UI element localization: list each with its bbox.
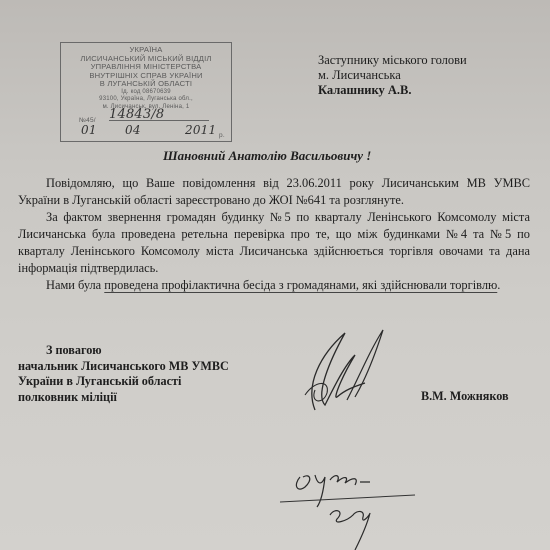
paragraph-1: Повідомляю, що Ваше повідомлення від 23.… bbox=[18, 175, 530, 209]
paragraph-2: За фактом звернення громадян будинку №5 … bbox=[18, 209, 530, 277]
stamp-number-handwritten: 14843/8 bbox=[109, 111, 209, 121]
stamp-date-year: 2011 bbox=[185, 126, 216, 135]
closing-position: начальник Лисичанського МВ УМВС bbox=[18, 359, 229, 375]
paragraph-3-start: Нами була bbox=[46, 278, 104, 292]
paragraph-3-underlined: проведена профілактична бесіда з громадя… bbox=[104, 278, 497, 292]
stamp-address1: 93100, Україна, Луганська обл., bbox=[61, 96, 231, 104]
paragraph-3-end: . bbox=[497, 278, 500, 292]
closing-block: З повагою начальник Лисичанського МВ УМВ… bbox=[18, 343, 229, 405]
addressee-position: Заступнику міського голови bbox=[318, 53, 467, 68]
letter-body: Повідомляю, що Ваше повідомлення від 23.… bbox=[18, 175, 530, 294]
resolution-handwriting-icon bbox=[275, 455, 425, 550]
closing-rank: полковник міліції bbox=[18, 390, 229, 406]
stamp-date-month: 04 bbox=[125, 126, 141, 135]
stamp-date-suffix: р. bbox=[219, 132, 225, 141]
greeting: Шановний Анатолію Васильовичу ! bbox=[163, 148, 371, 164]
addressee-block: Заступнику міського голови м. Лисичанськ… bbox=[318, 53, 467, 98]
stamp-line4: В ЛУГАНСЬКІЙ ОБЛАСТІ bbox=[61, 80, 231, 89]
stamp-code: Ід. код 08670639 bbox=[61, 89, 231, 97]
closing-regards: З повагою bbox=[18, 343, 229, 359]
closing-region: України в Луганській області bbox=[18, 374, 229, 390]
document-page: УКРАЇНА ЛИСИЧАНСЬКИЙ МІСЬКИЙ ВІДДІЛ УПРА… bbox=[0, 0, 550, 550]
addressee-name: Калашнику А.В. bbox=[318, 83, 467, 98]
stamp-date-day: 01 bbox=[81, 126, 97, 135]
signer-name: В.М. Можняков bbox=[421, 389, 509, 404]
signature-icon bbox=[285, 325, 395, 415]
registration-stamp: УКРАЇНА ЛИСИЧАНСЬКИЙ МІСЬКИЙ ВІДДІЛ УПРА… bbox=[60, 42, 232, 142]
paragraph-3: Нами була проведена профілактична бесіда… bbox=[18, 277, 530, 294]
addressee-city: м. Лисичанська bbox=[318, 68, 467, 83]
